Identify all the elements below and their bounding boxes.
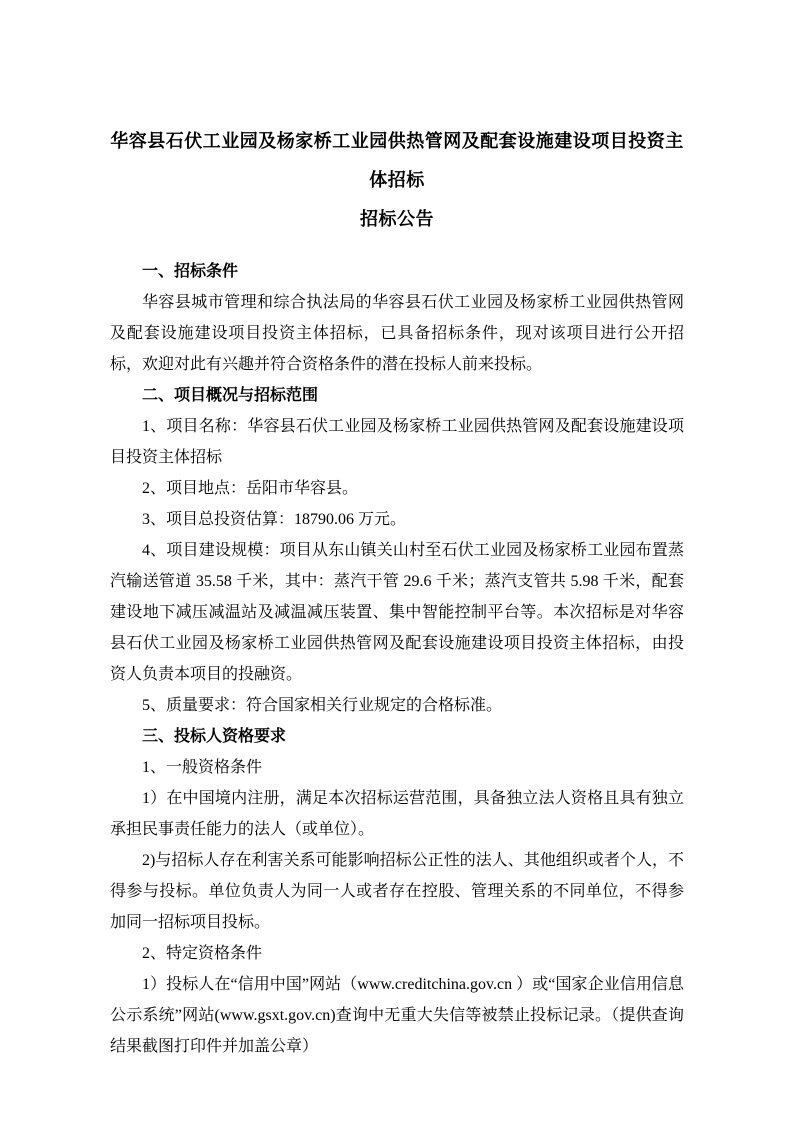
paragraph: 2、项目地点：岳阳市华容县。 bbox=[110, 473, 684, 504]
paragraph: 5、质量要求：符合国家相关行业规定的合格标准。 bbox=[110, 690, 684, 721]
paragraph: 华容县城市管理和综合执法局的华容县石伏工业园及杨家桥工业园供热管网及配套设施建设… bbox=[110, 287, 684, 380]
paragraph: 2、特定资格条件 bbox=[110, 938, 684, 969]
paragraph: 1）投标人在“信用中国”网站（www.creditchina.gov.cn ）或… bbox=[110, 969, 684, 1062]
document-body: 一、招标条件华容县城市管理和综合执法局的华容县石伏工业园及杨家桥工业园供热管网及… bbox=[110, 256, 684, 1062]
paragraph: 4、项目建设规模：项目从东山镇关山村至石伏工业园及杨家桥工业园布置蒸汽输送管道 … bbox=[110, 535, 684, 690]
section-heading: 三、投标人资格要求 bbox=[110, 721, 684, 752]
document-title-line1: 华容县石伏工业园及杨家桥工业园供热管网及配套设施建设项目投资主体招标 bbox=[110, 131, 684, 190]
document-page: 华容县石伏工业园及杨家桥工业园供热管网及配套设施建设项目投资主体招标 招标公告 … bbox=[0, 0, 794, 1122]
paragraph: 3、项目总投资估算：18790.06 万元。 bbox=[110, 504, 684, 535]
document-title: 华容县石伏工业园及杨家桥工业园供热管网及配套设施建设项目投资主体招标 招标公告 bbox=[110, 122, 684, 239]
paragraph: 1）在中国境内注册，满足本次招标运营范围，具备独立法人资格且具有独立承担民事责任… bbox=[110, 783, 684, 845]
paragraph: 1、项目名称：华容县石伏工业园及杨家桥工业园供热管网及配套设施建设项目投资主体招… bbox=[110, 411, 684, 473]
paragraph: 1、一般资格条件 bbox=[110, 752, 684, 783]
paragraph: 2)与招标人存在利害关系可能影响招标公正性的法人、其他组织或者个人，不得参与投标… bbox=[110, 845, 684, 938]
section-heading: 一、招标条件 bbox=[110, 256, 684, 287]
section-heading: 二、项目概况与招标范围 bbox=[110, 380, 684, 411]
document-title-line2: 招标公告 bbox=[360, 209, 434, 229]
